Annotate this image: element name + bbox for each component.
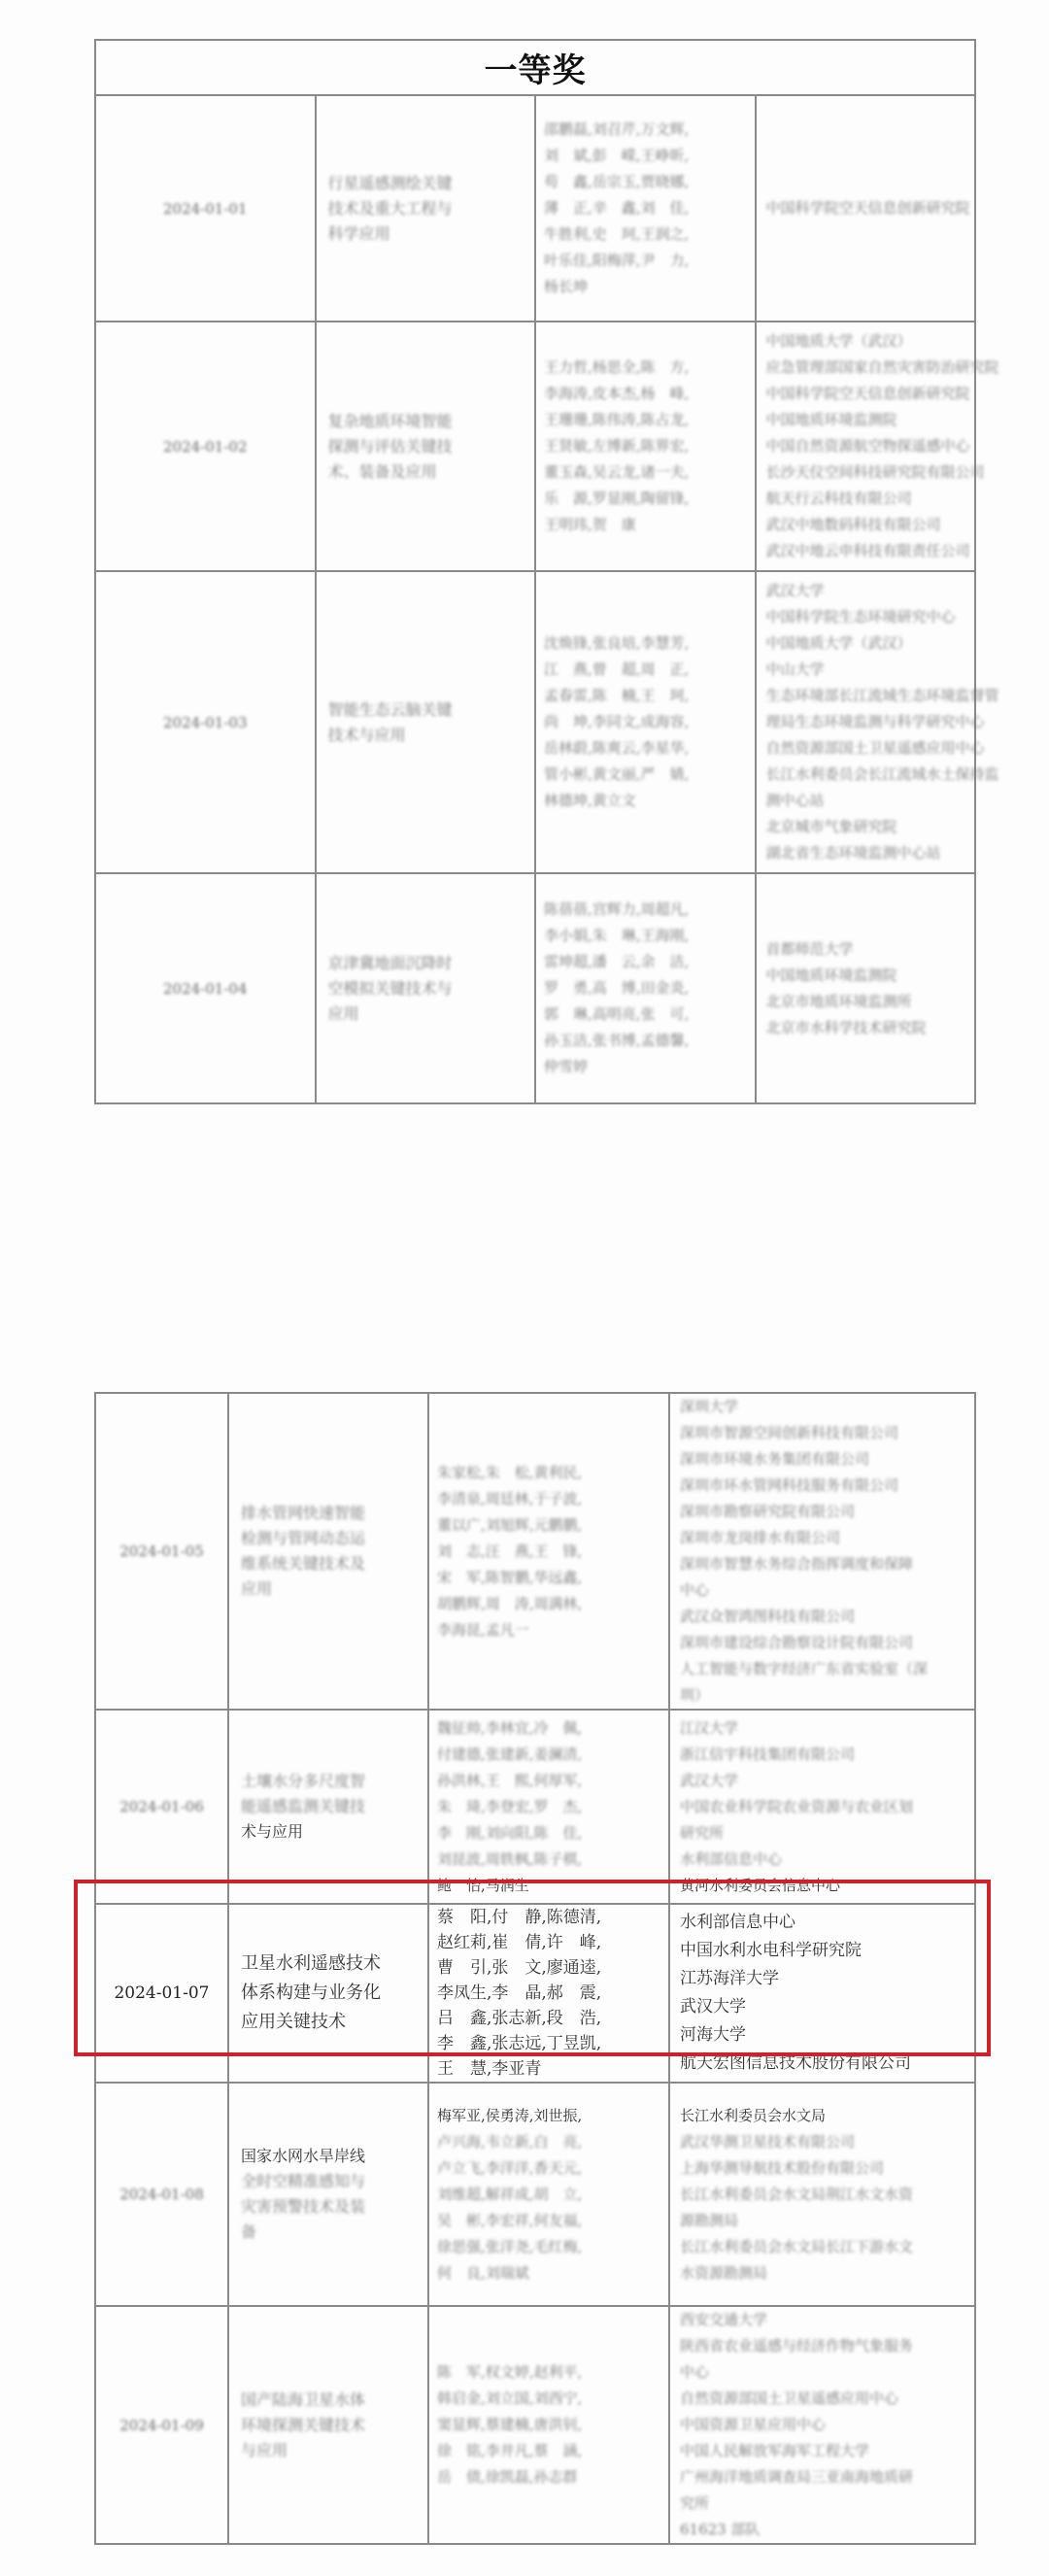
table-row: 2024-01-03智能生态云脑关键技术与应用沈焕锋,张良培,李慧芳,江 燕,曾… [95,571,975,873]
contributors-line: 孙玉洁,张书博,孟德馨, [544,1028,749,1054]
project-id-cell: 2024-01-03 [95,571,316,873]
project-title-cell: 行星遥感测绘关键技术及重大工程与科学应用 [316,95,536,322]
table-row-highlighted: 2024-01-07卫星水利遥感技术体系构建与业务化应用关键技术蔡 阳,付 静,… [95,1904,975,2083]
organization-line: 广州海洋地质调查局三亚南海地质研 [680,2464,966,2491]
contributors-line: 李 鑫,张志远,丁昱凯, [437,2031,662,2056]
project-id: 2024-01-02 [163,438,247,456]
organization-line: 浙江信宇科技集团有限公司 [680,1742,966,1768]
contributors-line: 苟 鑫,岳宗玉,贾晓娜, [544,169,749,195]
project-title-line: 技术及重大工程与 [328,196,529,221]
contributors-line: 牛胜利,史 珂,王润之, [544,221,749,248]
contributors-cell: 魏征帅,李林宜,冷 佩,付建德,张建新,姜澜清,孙洪林,王 熙,何厚军,朱 琦,… [428,1710,669,1904]
project-title-cell: 复杂地质环境智能探测与评估关键技术、装备及应用 [316,322,536,571]
contributors-line: 蔡 阳,付 静,陈德清, [437,1905,662,1930]
contributors-line: 吕 鑫,张志新,段 浩, [437,2006,662,2031]
project-title-line: 检测与管网动态运 [241,1526,422,1551]
project-title-cell: 国家水网水旱岸线全时空精准感知与灾害预警技术及装备 [228,2083,428,2306]
project-title-line: 复杂地质环境智能 [328,409,529,434]
contributors-line: 薄 正,辛 鑫,刘 佳, [544,195,749,221]
organization-line: 陕西省农业遥感与经济作物气象服务 [680,2333,966,2359]
contributors-line: 江 燕,曾 超,周 正, [544,657,749,683]
contributors-cell: 朱家松,朱 松,黄利民,李清泉,周廷林,于子波,董以广,刘旭辉,元鹏鹏,刘 志,… [428,1393,669,1710]
award-table-first-prize-part-1: 一等奖 2024-01-01行星遥感测绘关键技术及重大工程与科学应用邵鹏磊,刘召… [94,39,976,1104]
organization-line: 武汉华测卫星技术有限公司 [680,2129,966,2155]
contributors-line: 郭 琳,高明亮,张 可, [544,1001,749,1028]
organization-line: 研究所 [680,1820,966,1847]
organization-line: 人工智能与数字经济广东省实验室（深 [680,1656,966,1682]
contributors-line: 李海涛,皮本杰,杨 峰, [544,381,749,407]
organization-line: 中国地质大学（武汉） [766,328,967,355]
contributors-line: 窦显辉,蔡建楠,唐洪钊, [437,2412,662,2438]
organization-line: 中国科学院空天信息创新研究院 [766,381,967,407]
contributors-line: 胡鹏辉,周 涛,周满林, [437,1591,662,1617]
organizations-cell: 水利部信息中心中国水利水电科学研究院江苏海洋大学武汉大学河海大学航天宏图信息技术… [669,1904,975,2083]
organization-line: 深圳市龙岗排水有限公司 [680,1525,966,1551]
contributors-line: 吴 彬,李宏祥,何友福, [437,2208,662,2234]
contributors-line: 刘 斌,彭 嵘,王峥昕, [544,143,749,169]
contributors-line: 陈 军,权文婷,赵利平, [437,2359,662,2386]
contributors-line: 管小彬,黄文丽,严 婧, [544,762,749,788]
project-title-line: 科学应用 [328,221,529,247]
contributors-line: 王力哲,杨思全,陈 方, [544,355,749,381]
organization-line: 长江水利委员会长江流域水土保持监 [766,762,967,788]
contributors-line: 魏征帅,李林宜,冷 佩, [437,1715,662,1742]
table-row: 2024-01-09国产陆海卫星水体环境探测关键技术与应用陈 军,权文婷,赵利平… [95,2306,975,2544]
project-id-cell: 2024-01-09 [95,2306,228,2544]
organization-line: 中国水利水电科学研究院 [680,1937,966,1965]
contributors-line: 乐 源,罗显刚,陶留锋, [544,486,749,512]
organizations-cell: 西安交通大学陕西省农业遥感与经济作物气象服务中心自然资源部国土卫星遥感应用中心中… [669,2306,975,2544]
organization-line: 长江水利委员会水文局 [680,2103,966,2129]
organization-line: 黄河水利委员会信息中心 [680,1873,966,1899]
contributors-cell: 王力哲,杨思全,陈 方,李海涛,皮本杰,杨 峰,王珊珊,陈伟涛,陈占龙,王贤敏,… [535,322,756,571]
organization-line: 水利部信息中心 [680,1847,966,1873]
table-row: 2024-01-05排水管网快速智能检测与管网动态运维系统关键技术及应用朱家松,… [95,1393,975,1710]
organization-line: 测中心站 [766,788,967,814]
project-title-line: 应用 [328,1001,529,1027]
project-id-cell: 2024-01-05 [95,1393,228,1710]
project-id: 2024-01-06 [119,1798,203,1815]
contributors-line: 邵鹏磊,刘召芹,万文辉, [544,117,749,143]
project-title-line: 应用关键技术 [241,2008,422,2037]
project-title-line: 行星遥感测绘关键 [328,171,529,196]
project-title-line: 能遥感监测关键技 [241,1794,422,1819]
organization-line: 深圳市环境水务集团有限公司 [680,1446,966,1473]
contributors-line: 刘 志,汪 燕,王 锋, [437,1539,662,1565]
organization-line: 深圳市勘察研究院有限公司 [680,1499,966,1525]
organization-line: 中国科学院空天信息创新研究院 [766,195,967,221]
project-title-line: 技术与应用 [328,723,529,748]
contributors-line: 孙洪林,王 熙,何厚军, [437,1768,662,1794]
project-id: 2024-01-04 [163,980,247,998]
contributors-cell: 蔡 阳,付 静,陈德清,赵红莉,崔 倩,许 峰,曹 引,张 文,廖通逵,李凤生,… [428,1904,669,2083]
project-title-line: 探测与评估关键技 [328,434,529,459]
organizations-cell: 江汉大学浙江信宇科技集团有限公司武汉大学中国农业科学院农业资源与农业区划研究所水… [669,1710,975,1904]
organization-line: 中国地质环境监测院 [766,963,967,989]
organization-line: 江汉大学 [680,1715,966,1742]
project-title-line: 与应用 [241,2438,422,2463]
project-id-cell: 2024-01-01 [95,95,316,322]
contributors-line: 付建德,张建新,姜澜清, [437,1742,662,1768]
contributors-line: 王贤敏,左博新,陈界宏, [544,433,749,459]
organization-line: 中山大学 [766,657,967,683]
contributors-line: 徐 铭,李井凡,蔡 涵, [437,2438,662,2464]
organization-line: 生态环境部长江流域生态环境监督管 [766,683,967,709]
contributors-line: 岳 债,徐凯磊,孙志群 [437,2464,662,2491]
organization-line: 武汉众智鸿图科技有限公司 [680,1604,966,1630]
project-title-line: 全时空精准感知与 [241,2169,422,2194]
organization-line: 武汉大学 [680,1993,966,2021]
project-title-line: 体系构建与业务化 [241,1979,422,2008]
contributors-line: 朱家松,朱 松,黄利民, [437,1460,662,1486]
organization-line: 河海大学 [680,2021,966,2050]
organization-line: 中国自然资源航空物探遥感中心 [766,433,967,459]
project-title-line: 术、装备及应用 [328,459,529,485]
project-title-cell: 卫星水利遥感技术体系构建与业务化应用关键技术 [228,1904,428,2083]
project-id-cell: 2024-01-02 [95,322,316,571]
contributors-line: 李清泉,周廷林,于子波, [437,1486,662,1512]
organization-line: 湖北省生态环境监测中心站 [766,840,967,866]
organization-line: 源勘测局 [680,2208,966,2234]
organization-line: 长江水利委员会水文局长江下游水文 [680,2234,966,2260]
contributors-line: 陈蓓蓓,宫辉力,周超凡, [544,897,749,923]
organization-line: 深圳市智源空间创新科技有限公司 [680,1420,966,1446]
organization-line: 北京城市气象研究院 [766,814,967,840]
contributors-line: 董以广,刘旭辉,元鹏鹏, [437,1512,662,1539]
organizations-cell: 长江水利委员会水文局武汉华测卫星技术有限公司上海华测导航技术股份有限公司长江水利… [669,2083,975,2306]
contributors-line: 王明玮,贺 康 [544,512,749,538]
organization-line: 航天行云科技有限公司 [766,486,967,512]
project-title-line: 京津冀地面沉降时 [328,951,529,976]
organization-line: 首都师范大学 [766,936,967,963]
organizations-cell: 中国科学院空天信息创新研究院 [756,95,976,322]
organization-line: 北京市地质环境监测所 [766,989,967,1015]
contributors-line: 刘昆波,周轶枫,陈子棋, [437,1847,662,1873]
contributors-line: 李小娟,朱 琳,王海刚, [544,923,749,949]
project-title-line: 智能生态云脑关键 [328,697,529,723]
project-title-line: 空模拟关键技术与 [328,976,529,1001]
organizations-cell: 中国地质大学（武汉）应急管理部国家自然灾害防治研究院中国科学院空天信息创新研究院… [756,322,976,571]
contributors-line: 王珊珊,陈伟涛,陈占龙, [544,407,749,433]
organization-line: 深圳大学 [680,1394,966,1420]
organization-line: 中国农业科学院农业资源与农业区划 [680,1794,966,1820]
contributors-line: 尚 坤,李同文,成海容, [544,709,749,735]
award-table-first-prize-part-2: 2024-01-05排水管网快速智能检测与管网动态运维系统关键技术及应用朱家松,… [94,1392,976,2545]
organization-line: 航天宏图信息技术股份有限公司 [680,2050,966,2078]
organizations-cell: 武汉大学中国科学院生态环境研究中心中国地质大学（武汉）中山大学生态环境部长江流域… [756,571,976,873]
organization-line: 长沙天仪空间科技研究院有限公司 [766,459,967,486]
contributors-cell: 梅军亚,侯勇涛,刘世振,卢兴海,韦立新,白 亮,卢立飞,李洋洋,香天元,刘维超,… [428,2083,669,2306]
organization-line: 水资源勘测局 [680,2260,966,2287]
project-title-line: 灾害预警技术及装 [241,2194,422,2220]
project-title-line: 备 [241,2220,422,2245]
organization-line: 中国科学院生态环境研究中心 [766,604,967,630]
contributors-line: 董玉森,吴云龙,诸一夫, [544,459,749,486]
project-title-cell: 智能生态云脑关键技术与应用 [316,571,536,873]
project-title-line: 土壤水分多尺度智 [241,1769,422,1794]
table-row: 2024-01-04京津冀地面沉降时空模拟关键技术与应用陈蓓蓓,宫辉力,周超凡,… [95,873,975,1103]
organization-line: 深圳市环水管网科技服务有限公司 [680,1473,966,1499]
organization-line: 中国资源卫星应用中心 [680,2412,966,2438]
project-id-cell: 2024-01-08 [95,2083,228,2306]
project-title-cell: 土壤水分多尺度智能遥感监测关键技术与应用 [228,1710,428,1904]
contributors-line: 雷坤超,潘 云,余 洁, [544,949,749,975]
organization-line: 江苏海洋大学 [680,1965,966,1993]
organization-line: 西安交通大学 [680,2307,966,2333]
organization-line: 自然资源部国土卫星遥感应用中心 [766,735,967,762]
organization-line: 理局生态环境监测与科学研究中心 [766,709,967,735]
organization-line: 武汉中地数码科技有限公司 [766,512,967,538]
project-title-line: 卫星水利遥感技术 [241,1949,422,1979]
contributors-line: 沈焕锋,张良培,李慧芳, [544,630,749,657]
contributors-line: 李海昆,孟凡一 [437,1617,662,1644]
contributors-line: 李凤生,李 晶,郝 震, [437,1981,662,2006]
project-title-cell: 国产陆海卫星水体环境探测关键技术与应用 [228,2306,428,2544]
contributors-line: 卢兴海,韦立新,白 亮, [437,2129,662,2155]
award-level-header: 一等奖 [95,40,975,95]
contributors-line: 王 慧,李亚青 [437,2056,662,2082]
organization-line: 深圳市建设综合勘察设计院有限公司 [680,1630,966,1656]
contributors-line: 朱 琦,李登宏,罗 杰, [437,1794,662,1820]
document-page: 一等奖 2024-01-01行星遥感测绘关键技术及重大工程与科学应用邵鹏磊,刘召… [0,0,1049,2576]
contributors-cell: 陈 军,权文婷,赵利平,韩启金,刘立国,刘西宁,窦显辉,蔡建楠,唐洪钊,徐 铭,… [428,2306,669,2544]
project-title-cell: 京津冀地面沉降时空模拟关键技术与应用 [316,873,536,1103]
contributors-line: 仲雪婷 [544,1054,749,1080]
project-title-line: 国家水网水旱岸线 [241,2144,422,2169]
organization-line: 中心 [680,1577,966,1604]
contributors-line: 赵红莉,崔 倩,许 峰, [437,1930,662,1955]
contributors-line: 徐思强,张洋尧,毛红梅, [437,2234,662,2260]
table-row: 2024-01-06土壤水分多尺度智能遥感监测关键技术与应用魏征帅,李林宜,冷 … [95,1710,975,1904]
organization-line: 武汉中地云申科技有限责任公司 [766,538,967,564]
organization-line: 上海华测导航技术股份有限公司 [680,2155,966,2182]
organization-line: 中国地质环境监测院 [766,407,967,433]
project-title-cell: 排水管网快速智能检测与管网动态运维系统关键技术及应用 [228,1393,428,1710]
project-title-line: 国产陆海卫星水体 [241,2388,422,2413]
contributors-cell: 沈焕锋,张良培,李慧芳,江 燕,曾 超,周 正,孟春雷,陈 楠,王 珂,尚 坤,… [535,571,756,873]
contributors-line: 何 良,刘瑞斌 [437,2260,662,2287]
project-id-cell: 2024-01-04 [95,873,316,1103]
contributors-line: 岳林蔚,陈爽云,李星华, [544,735,749,762]
organization-line: 中国人民解放军海军工程大学 [680,2438,966,2464]
project-id: 2024-01-08 [119,2186,203,2203]
project-title-line: 排水管网快速智能 [241,1501,422,1526]
project-id-cell: 2024-01-06 [95,1710,228,1904]
contributors-line: 孟春雷,陈 楠,王 珂, [544,683,749,709]
contributors-line: 刘维超,解祥成,胡 立, [437,2182,662,2208]
organization-line: 究所 [680,2491,966,2517]
contributors-line: 李 刚,刘向阳,陈 佳, [437,1820,662,1847]
project-id: 2024-01-07 [114,1983,209,2003]
contributors-line: 卢立飞,李洋洋,香天元, [437,2155,662,2182]
contributors-cell: 邵鹏磊,刘召芹,万文辉,刘 斌,彭 嵘,王峥昕,苟 鑫,岳宗玉,贾晓娜,薄 正,… [535,95,756,322]
project-title-line: 术与应用 [241,1819,422,1845]
organization-line: 圳） [680,1682,966,1709]
contributors-line: 杨长坤 [544,274,749,300]
project-title-line: 环境探测关键技术 [241,2413,422,2438]
organizations-cell: 深圳大学深圳市智源空间创新科技有限公司深圳市环境水务集团有限公司深圳市环水管网科… [669,1393,975,1710]
project-id: 2024-01-01 [163,200,247,218]
project-id: 2024-01-03 [163,714,247,731]
project-id: 2024-01-09 [119,2417,203,2434]
table-row: 2024-01-02复杂地质环境智能探测与评估关键技术、装备及应用王力哲,杨思全… [95,322,975,571]
contributors-line: 罗 勇,高 博,田金炎, [544,975,749,1001]
contributors-line: 曹 引,张 文,廖通逵, [437,1955,662,1981]
project-title-line: 应用 [241,1576,422,1602]
contributors-line: 梅军亚,侯勇涛,刘世振, [437,2103,662,2129]
table-row: 2024-01-08国家水网水旱岸线全时空精准感知与灾害预警技术及装备梅军亚,侯… [95,2083,975,2306]
project-id-cell: 2024-01-07 [95,1904,228,2083]
organization-line: 61623 部队 [680,2517,966,2543]
project-title-line: 维系统关键技术及 [241,1551,422,1576]
table-row: 2024-01-01行星遥感测绘关键技术及重大工程与科学应用邵鹏磊,刘召芹,万文… [95,95,975,322]
organization-line: 长江水利委员会水文局荆江水文水资 [680,2182,966,2208]
organization-line: 武汉大学 [766,578,967,604]
contributors-line: 韩启金,刘立国,刘西宁, [437,2386,662,2412]
contributors-line: 鲍 怡,马润生 [437,1873,662,1899]
organization-line: 深圳市智慧水务综合指挥调度和保障 [680,1551,966,1577]
organization-line: 武汉大学 [680,1768,966,1794]
organization-line: 应急管理部国家自然灾害防治研究院 [766,355,967,381]
contributors-line: 林德坤,黄立文 [544,788,749,814]
organizations-cell: 首都师范大学中国地质环境监测院北京市地质环境监测所北京市水科学技术研究院 [756,873,976,1103]
contributors-line: 宋 军,陈智鹏,华远鑫, [437,1565,662,1591]
contributors-line: 叶乐佳,阳梅萍,尹 力, [544,248,749,274]
organization-line: 中国地质大学（武汉） [766,630,967,657]
organization-line: 中心 [680,2359,966,2386]
contributors-cell: 陈蓓蓓,宫辉力,周超凡,李小娟,朱 琳,王海刚,雷坤超,潘 云,余 洁,罗 勇,… [535,873,756,1103]
organization-line: 自然资源部国土卫星遥感应用中心 [680,2386,966,2412]
organization-line: 水利部信息中心 [680,1909,966,1937]
project-id: 2024-01-05 [119,1542,203,1560]
organization-line: 北京市水科学技术研究院 [766,1015,967,1041]
